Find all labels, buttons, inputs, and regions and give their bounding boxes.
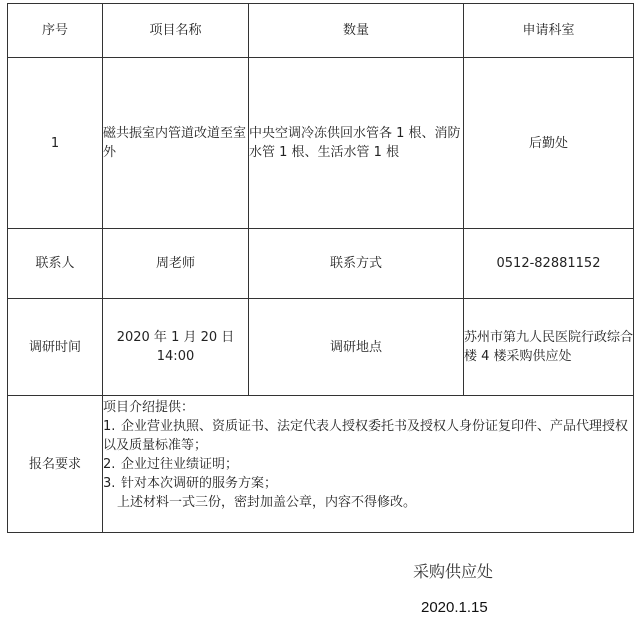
survey-time-label: 调研时间	[8, 299, 103, 396]
requirement-item: 2.企业过往业绩证明；	[103, 455, 633, 474]
requirement-item: 1.企业营业执照、资质证书、法定代表人授权委托书及授权人身份证复印件、产品代理授…	[103, 417, 633, 455]
survey-hour: 14:00	[103, 347, 248, 366]
requirements-note: 上述材料一式三份，密封加盖公章，内容不得修改。	[103, 493, 633, 512]
survey-date: 2020 年 1 月 20 日	[103, 328, 248, 347]
registration-label: 报名要求	[8, 396, 103, 533]
contact-row: 联系人 周老师 联系方式 0512-82881152	[8, 229, 634, 299]
survey-location-label: 调研地点	[249, 299, 464, 396]
cell-seq: 1	[8, 58, 103, 229]
registration-row: 报名要求 项目介绍提供： 1.企业营业执照、资质证书、法定代表人授权委托书及授权…	[8, 396, 634, 533]
header-seq: 序号	[8, 4, 103, 58]
registration-requirements: 项目介绍提供： 1.企业营业执照、资质证书、法定代表人授权委托书及授权人身份证复…	[103, 396, 634, 533]
survey-time-value: 2020 年 1 月 20 日 14:00	[103, 299, 249, 396]
contact-method-value: 0512-82881152	[464, 229, 634, 299]
issuer-signature: 采购供应处	[413, 559, 493, 582]
contact-value: 周老师	[103, 229, 249, 299]
header-department: 申请科室	[464, 4, 634, 58]
header-row: 序号 项目名称 数量 申请科室	[8, 4, 634, 58]
survey-row: 调研时间 2020 年 1 月 20 日 14:00 调研地点 苏州市第九人民医…	[8, 299, 634, 396]
cell-quantity: 中央空调冷冻供回水管各 1 根、消防水管 1 根、生活水管 1 根	[249, 58, 464, 229]
requirement-item: 3.针对本次调研的服务方案；	[103, 474, 633, 493]
cell-department: 后勤处	[464, 58, 634, 229]
cell-project-name: 磁共振室内管道改道至室外	[103, 58, 249, 229]
contact-label: 联系人	[8, 229, 103, 299]
contact-method-label: 联系方式	[249, 229, 464, 299]
issue-date: 2020.1.15	[421, 599, 488, 616]
survey-location-value: 苏州市第九人民医院行政综合楼 4 楼采购供应处	[464, 299, 634, 396]
header-project-name: 项目名称	[103, 4, 249, 58]
header-quantity: 数量	[249, 4, 464, 58]
requirements-intro: 项目介绍提供：	[103, 398, 633, 417]
table-row: 1 磁共振室内管道改道至室外 中央空调冷冻供回水管各 1 根、消防水管 1 根、…	[8, 58, 634, 229]
survey-notice-table: 序号 项目名称 数量 申请科室 1 磁共振室内管道改道至室外 中央空调冷冻供回水…	[7, 3, 634, 533]
